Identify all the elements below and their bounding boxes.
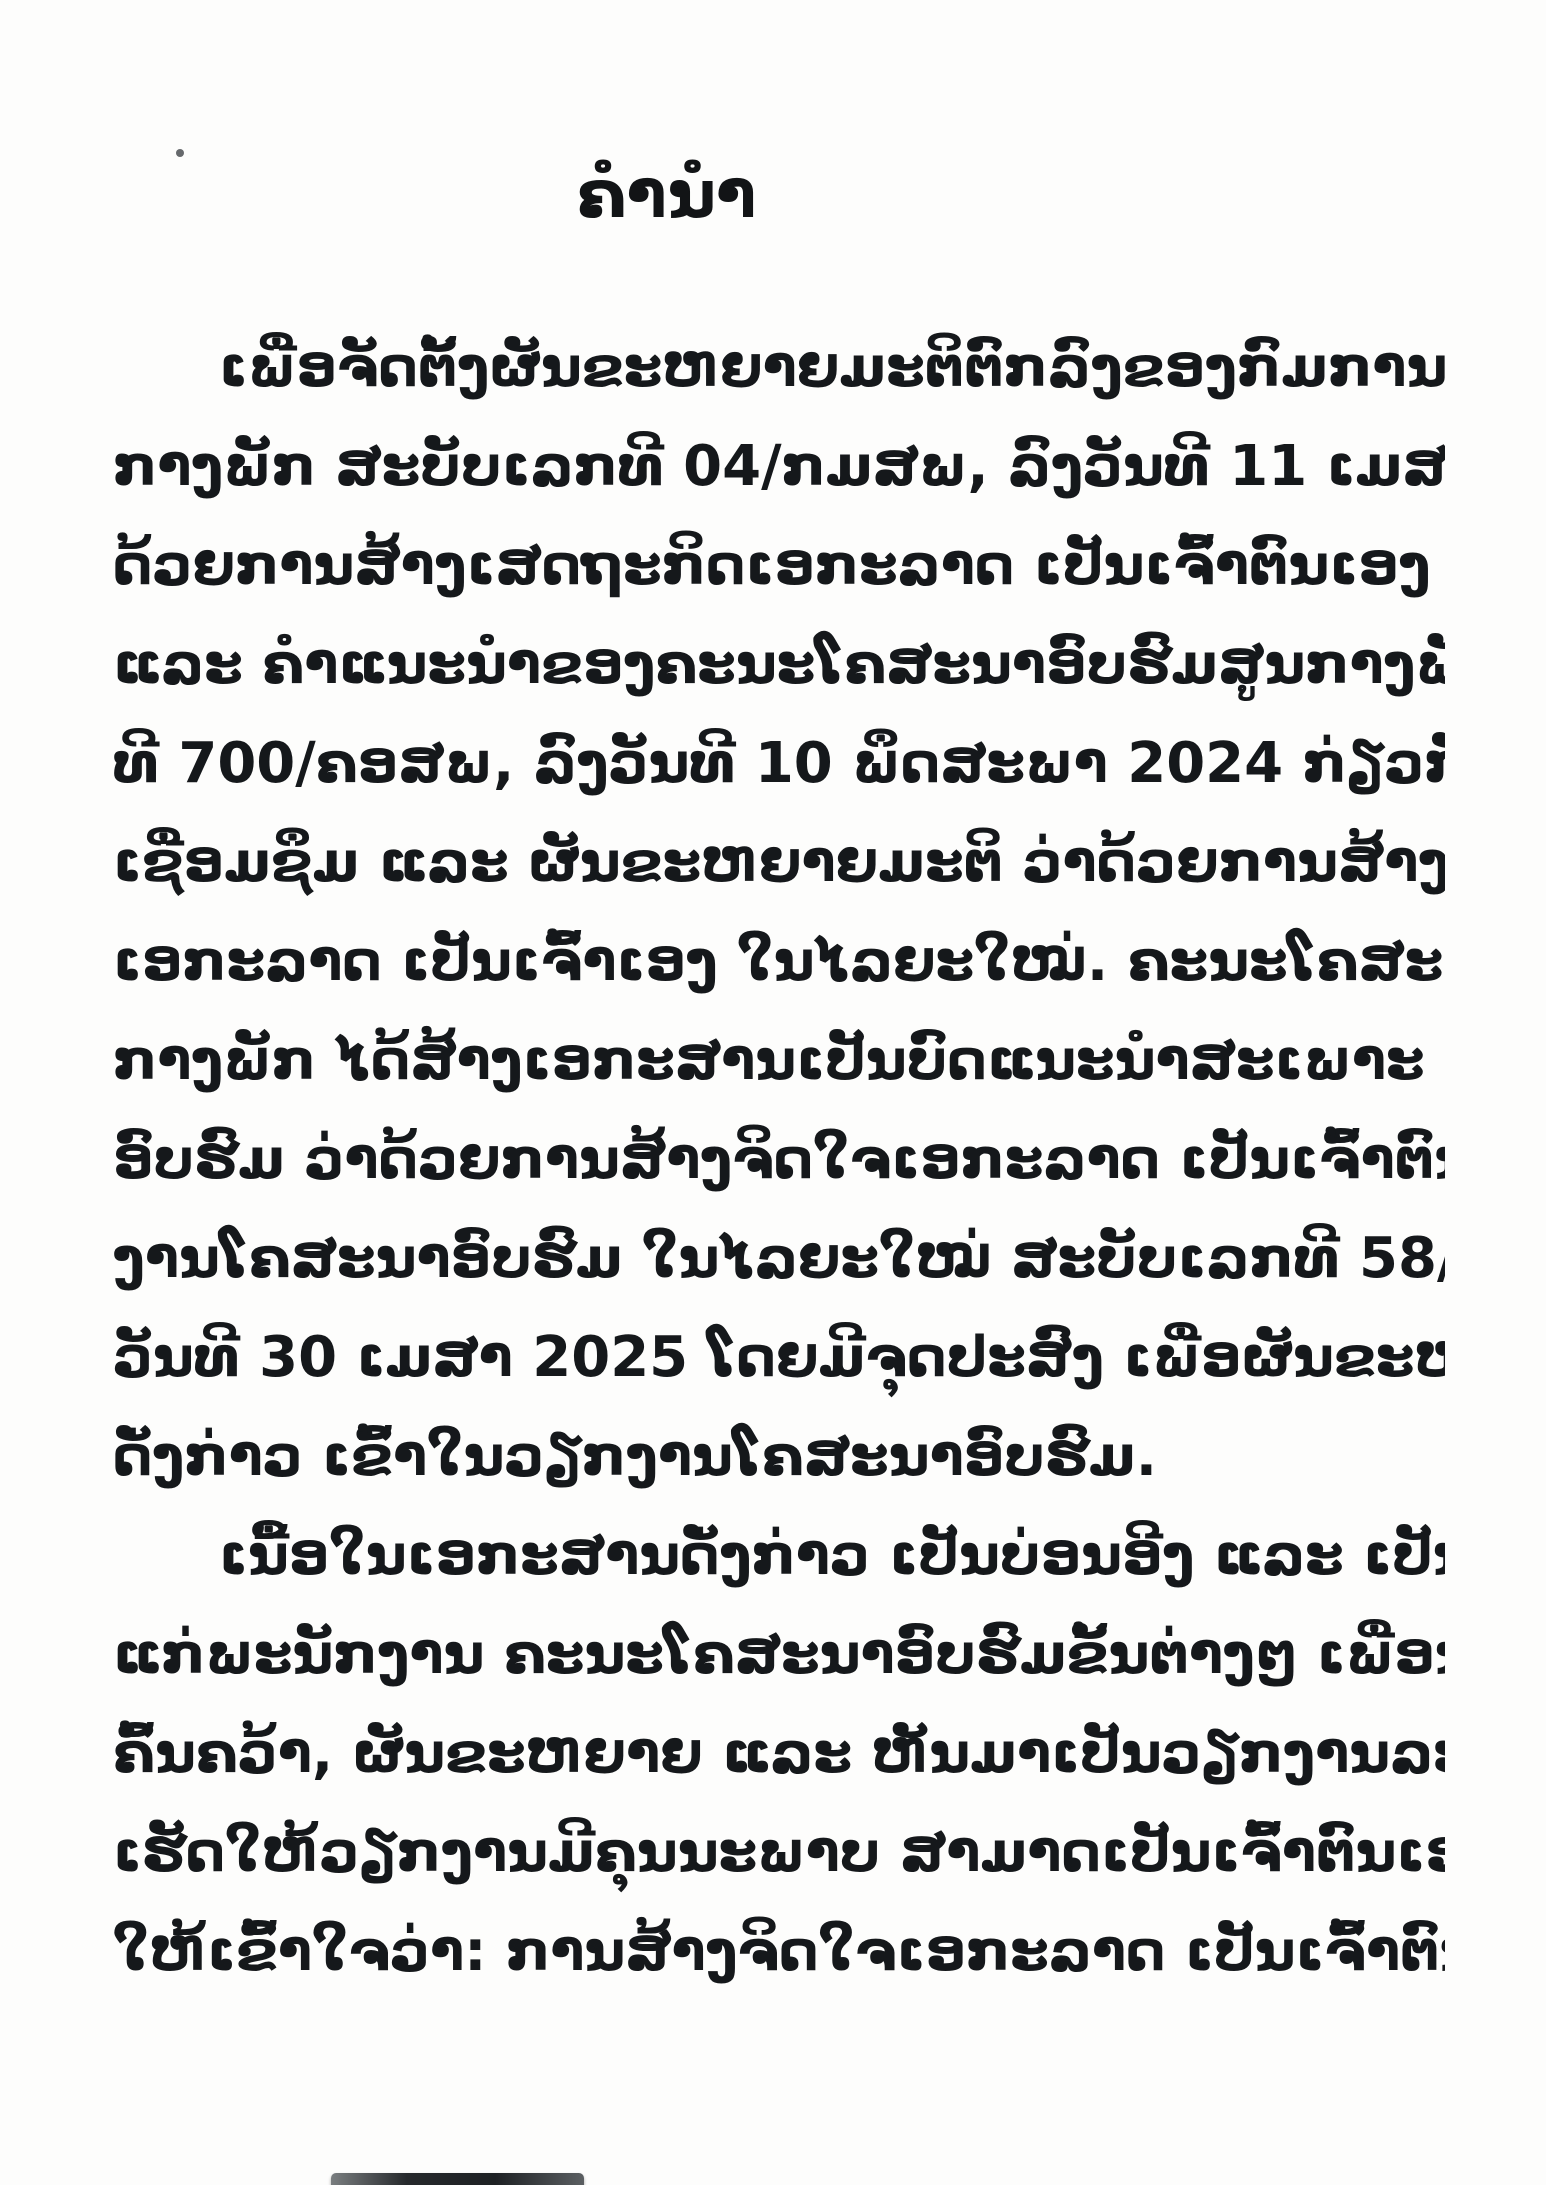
text-line: ເນື້ອໃນເອກະສານດັ່ງກ່າວ ເປັນບ່ອນອີງ ແລະ ເ… [113,1506,1445,1605]
text-line: ແກ່ພະນັກງານ ຄະນະໂຄສະນາອົບຮົມຂັ້ນຕ່າງໆ ເພ… [113,1605,1445,1704]
text-line: ດ້ວຍການສ້າງເສດຖະກິດເອກະລາດ ເປັນເຈົ້າຕົນເ… [113,516,1445,615]
text-line: ເຊື່ອມຊຶມ ແລະ ຜັນຂະຫຍາຍມະຕິ ວ່າດ້ວຍການສ້… [113,813,1445,912]
text-line: ເຮັດໃຫ້ວຽກງານມີຄຸນນະພາບ ສາມາດເປັນເຈົ້າຕົ… [113,1803,1445,1902]
page-title: ຄຳນຳ [0,156,1440,233]
text-line: ແລະ ຄຳແນະນຳຂອງຄະນະໂຄສະນາອົບຮົມສູນກາງພັກ … [113,615,1445,714]
text-line: ວັນທີ 30 ເມສາ 2025 ໂດຍມີຈຸດປະສົງ ເພື່ອຜັ… [113,1308,1445,1407]
text-line: ທີ 700/ຄອສພ, ລົງວັນທີ 10 ພຶດສະພາ 2024 ກ່… [113,714,1445,813]
text-line: ກາງພັກ ໄດ້ສ້າງເອກະສານເປັນບົດແນະນຳສະເພາະ … [113,1011,1445,1110]
text-line: ດັ່ງກ່າວ ເຂົ້າໃນວຽກງານໂຄສະນາອົບຮົມ. [113,1407,1445,1506]
text-line: ເອກະລາດ ເປັນເຈົ້າເອງ ໃນໄລຍະໃໝ່. ຄະນະໂຄສະ… [113,912,1445,1011]
scan-smudge-artifact [331,2173,584,2185]
text-line: ອົບຮົມ ວ່າດ້ວຍການສ້າງຈິດໃຈເອກະລາດ ເປັນເຈ… [113,1110,1445,1209]
text-line: ເພື່ອຈັດຕັ້ງຜັນຂະຫຍາຍມະຕິຕົກລົງຂອງກົມການ… [113,318,1445,417]
text-line: ໃຫ້ເຂົ້າໃຈວ່າ: ການສ້າງຈິດໃຈເອກະລາດ ເປັນເ… [113,1902,1445,2001]
text-line: ຄົ້ນຄວ້າ, ຜັນຂະຫຍາຍ ແລະ ຫັນມາເປັນວຽກງານລ… [113,1704,1445,1803]
body-text: ເພື່ອຈັດຕັ້ງຜັນຂະຫຍາຍມະຕິຕົກລົງຂອງກົມການ… [113,318,1445,2001]
text-line: ງານໂຄສະນາອົບຮົມ ໃນໄລຍະໃໝ່ ສະບັບເລກທີ 58/… [113,1209,1445,1308]
scanned-document-page: ຄຳນຳ ເພື່ອຈັດຕັ້ງຜັນຂະຫຍາຍມະຕິຕົກລົງຂອງກ… [0,0,1546,2185]
text-line: ກາງພັກ ສະບັບເລກທີ 04/ກມສພ, ລົງວັນທີ 11 ເ… [113,417,1445,516]
